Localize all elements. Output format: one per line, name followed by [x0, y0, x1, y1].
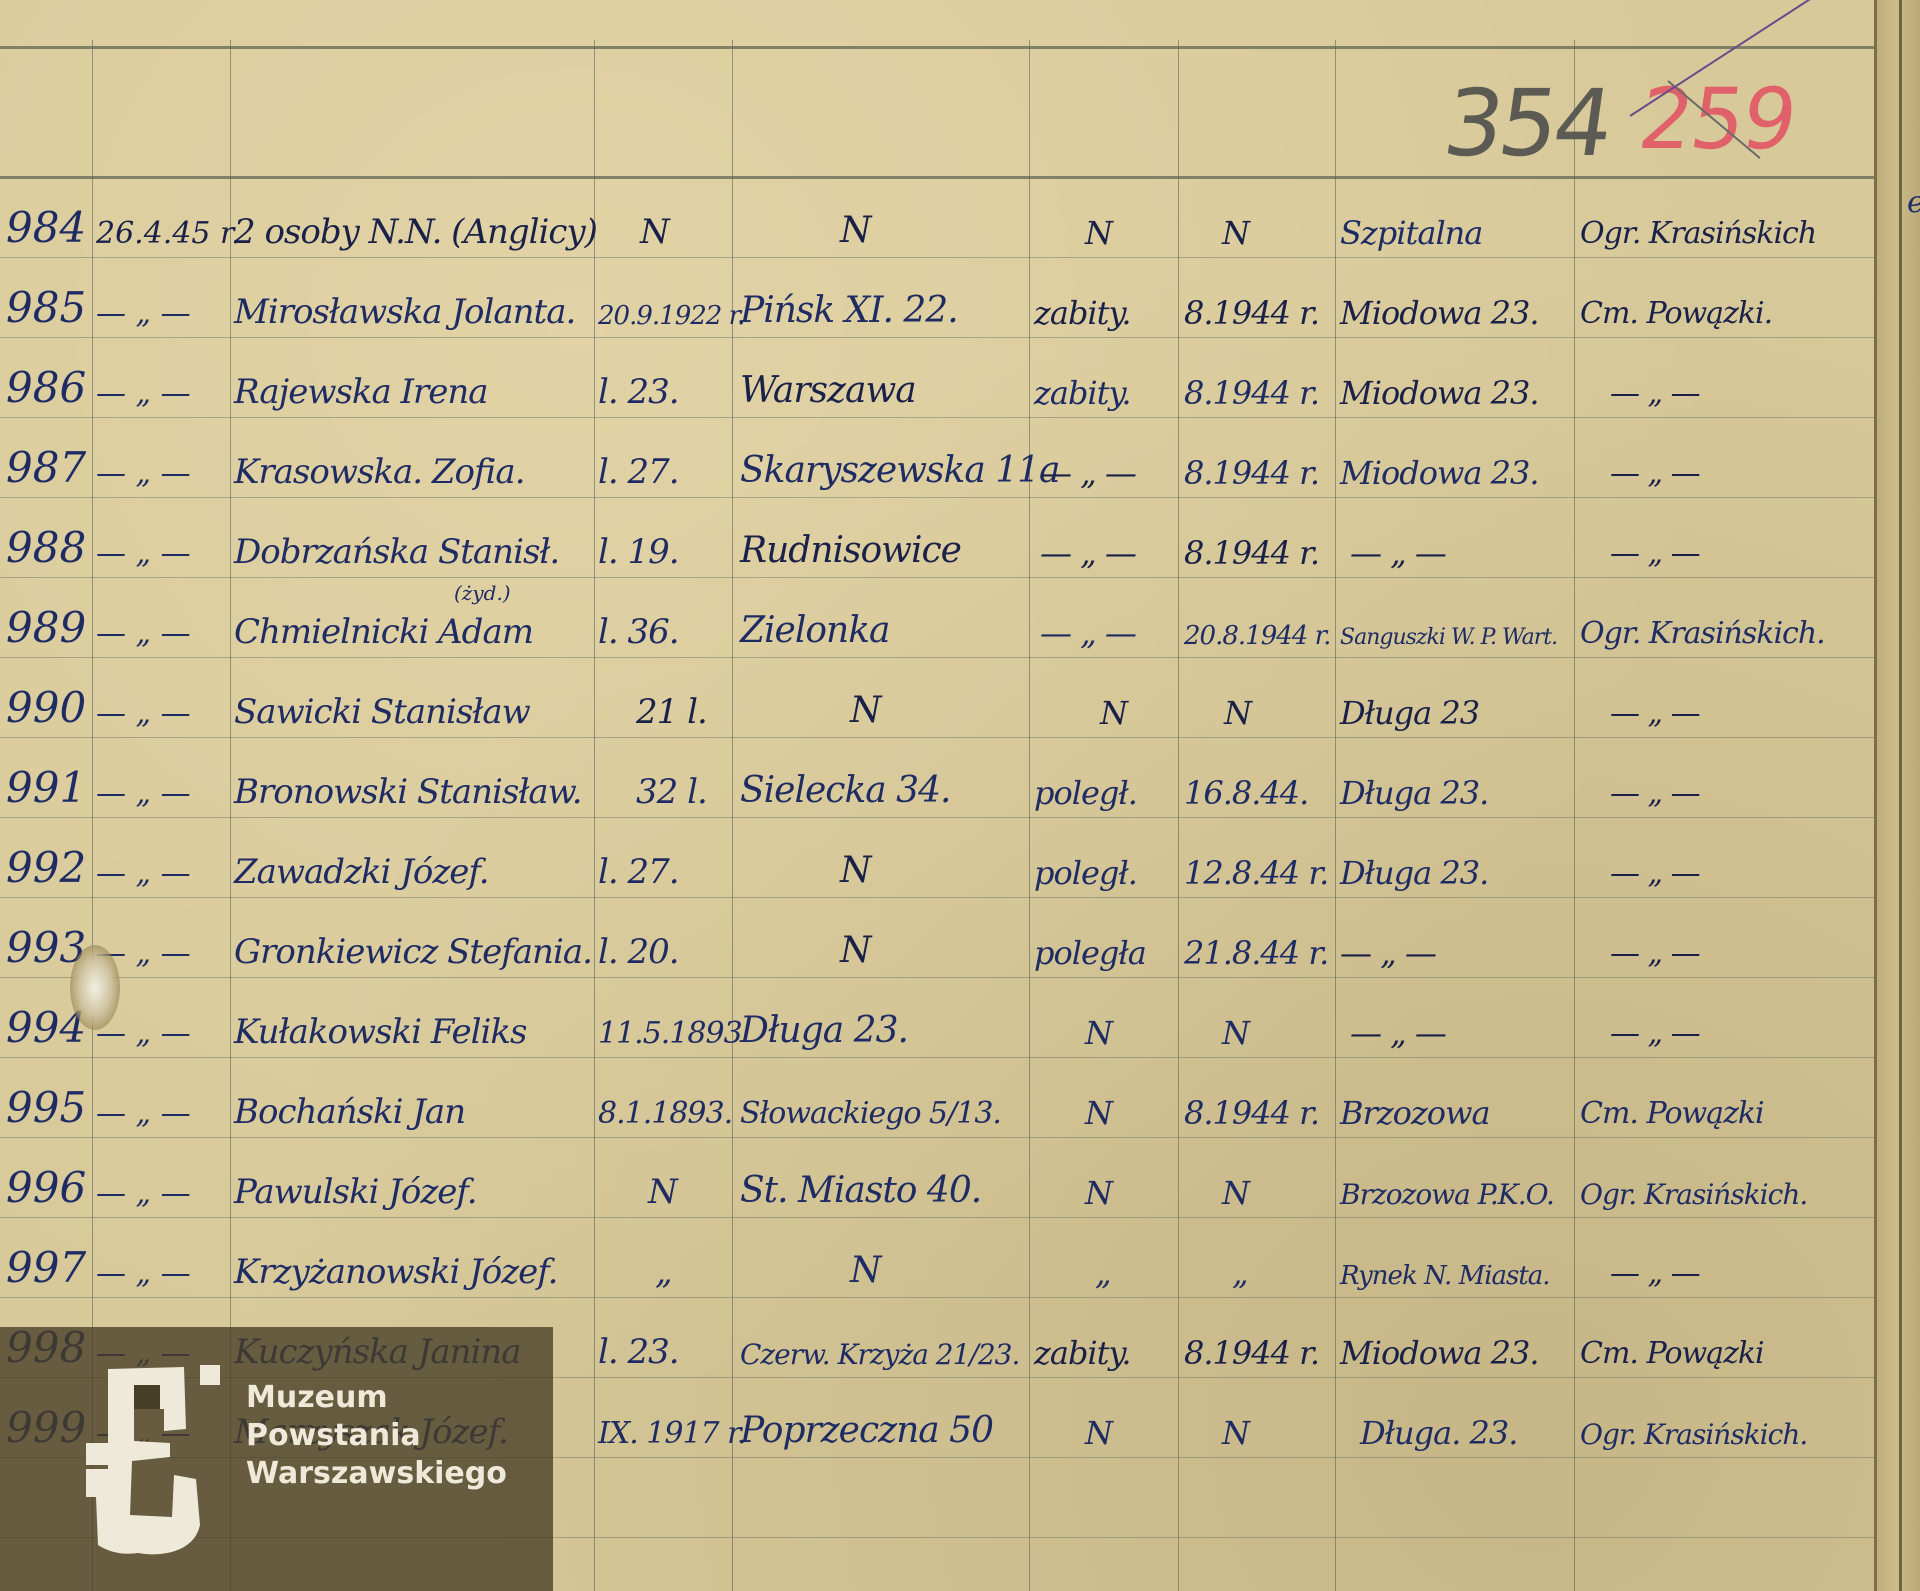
museum-name-line2: Powstania	[246, 1417, 507, 1455]
entry-date: — „ —	[96, 699, 191, 729]
entry-birth: l. 23.	[598, 1335, 679, 1369]
entry-birth: l. 23.	[598, 375, 679, 409]
entry-burial-place: — „ —	[1610, 779, 1700, 809]
entry-birth: l. 27.	[598, 455, 679, 489]
entry-cause: — „ —	[1040, 617, 1136, 649]
entry-name: Gronkiewicz Stefania.	[234, 935, 592, 969]
entry-address: St. Miasto 40.	[740, 1173, 981, 1209]
entry-place: Długa 23.	[1340, 777, 1488, 809]
entry-name: Pawulski Józef.	[234, 1175, 477, 1209]
entry-burial-place: Cm. Powązki.	[1580, 299, 1772, 329]
entry-death-date: N	[1222, 1017, 1249, 1049]
entry-birth: 21 l.	[636, 695, 707, 729]
entry-address: Zielonka	[740, 613, 889, 649]
entry-address: N	[840, 853, 871, 889]
entry-cause: zabity.	[1034, 297, 1131, 329]
entry-place: Długa. 23.	[1360, 1417, 1517, 1449]
entry-name: Krasowska. Zofia.	[234, 455, 525, 489]
museum-name-line1: Muzeum	[246, 1379, 507, 1417]
entry-death-date: 20.8.1944 r.	[1184, 623, 1330, 649]
entry-burial-place: Ogr. Krasińskich	[1580, 219, 1816, 249]
entry-burial-place: Cm. Powązki	[1580, 1099, 1764, 1129]
entry-place: Brzozowa P.K.O.	[1340, 1181, 1554, 1209]
entry-date: — „ —	[96, 1019, 191, 1049]
register-row: 994 — „ — Kułakowski Feliks 11.5.1893 Dł…	[0, 977, 1874, 1057]
entry-number: 985	[6, 287, 86, 329]
entry-place: Długa 23.	[1340, 857, 1488, 889]
entry-place: Miodowa 23.	[1340, 1337, 1539, 1369]
entry-address: Czerw. Krzyża 21/23.	[740, 1341, 1019, 1369]
register-row: 985 — „ — Mirosławska Jolanta. 20.9.1922…	[0, 257, 1874, 337]
entry-date: — „ —	[96, 619, 191, 649]
entry-address: Sielecka 34.	[740, 773, 950, 809]
top-rule	[0, 46, 1874, 49]
entry-date: — „ —	[96, 859, 191, 889]
entry-place: Miodowa 23.	[1340, 297, 1539, 329]
entry-name: Chmielnicki Adam	[234, 615, 533, 649]
entry-birth: 20.9.1922 r.	[598, 303, 744, 329]
entry-birth: 8.1.1893.	[598, 1099, 732, 1129]
entry-address: Warszawa	[740, 373, 916, 409]
entry-death-date: 8.1944 r.	[1184, 377, 1319, 409]
entry-place: Długa 23	[1340, 697, 1479, 729]
entry-place: Szpitalna	[1340, 217, 1482, 249]
entry-address: N	[840, 933, 871, 969]
entry-death-date: 16.8.44.	[1184, 777, 1308, 809]
entry-number: 996	[6, 1167, 86, 1209]
register-row: 990 — „ — Sawicki Stanisław 21 l. N N N …	[0, 657, 1874, 737]
entry-name: Dobrzańska Stanisł.	[234, 535, 559, 569]
entry-death-date: N	[1222, 217, 1249, 249]
entry-birth: l. 19.	[598, 535, 679, 569]
register-row: 988 — „ — Dobrzańska Stanisł. l. 19. Rud…	[0, 497, 1874, 577]
margin-mark: e	[1907, 185, 1920, 220]
entry-cause: zabity.	[1034, 1337, 1131, 1369]
entry-address: N	[850, 1253, 881, 1289]
entry-cause: poległ.	[1034, 857, 1137, 889]
entry-place: — „ —	[1340, 937, 1436, 969]
register-row: 992 — „ — Zawadzki Józef. l. 27. N poleg…	[0, 817, 1874, 897]
entry-date: — „ —	[96, 1099, 191, 1129]
entry-death-date: 8.1944 r.	[1184, 297, 1319, 329]
entry-date: 26.4.45 r.	[96, 219, 241, 249]
entry-number: 992	[6, 847, 86, 889]
entry-place: Rynek N. Miasta.	[1340, 1263, 1550, 1289]
register-row: 987 — „ — Krasowska. Zofia. l. 27. Skary…	[0, 417, 1874, 497]
entry-death-date: 8.1944 r.	[1184, 457, 1319, 489]
entry-cause: poległ.	[1034, 777, 1137, 809]
entry-death-date: 8.1944 r.	[1184, 1097, 1319, 1129]
edge-line	[1899, 0, 1902, 1591]
entry-place: Miodowa 23.	[1340, 377, 1539, 409]
entry-burial-place: Cm. Powązki	[1580, 1339, 1764, 1369]
entry-cause: poległa	[1034, 937, 1146, 969]
entry-birth: „	[655, 1255, 672, 1289]
entry-number: 997	[6, 1247, 86, 1289]
museum-name: Muzeum Powstania Warszawskiego	[246, 1379, 507, 1493]
entry-birth: 11.5.1893	[598, 1019, 742, 1049]
entry-burial-place: — „ —	[1610, 459, 1700, 489]
entry-burial-place: Ogr. Krasińskich.	[1580, 1181, 1807, 1209]
museum-name-line3: Warszawskiego	[246, 1455, 507, 1493]
entry-name: 2 osoby N.N. (Anglicy)	[234, 215, 597, 249]
paper-hole-stain	[70, 945, 120, 1030]
entry-address: Poprzeczna 50	[740, 1413, 993, 1449]
register-row: 984 26.4.45 r. 2 osoby N.N. (Anglicy) N …	[0, 177, 1874, 257]
entry-cause: „	[1095, 1257, 1111, 1289]
entry-name: Bronowski Stanisław.	[234, 775, 582, 809]
entry-number: 995	[6, 1087, 86, 1129]
entry-burial-place: — „ —	[1610, 379, 1700, 409]
entry-number: 984	[6, 207, 86, 249]
entry-burial-place: — „ —	[1610, 1259, 1700, 1289]
entry-cause: N	[1085, 1417, 1112, 1449]
page-number: 354	[1437, 70, 1616, 177]
entry-date: — „ —	[96, 459, 191, 489]
entry-name: Mirosławska Jolanta.	[234, 295, 575, 329]
entry-place: — „ —	[1350, 1017, 1446, 1049]
entry-name: Bochański Jan	[234, 1095, 465, 1129]
name-annotation: (żyd.)	[454, 581, 511, 605]
entry-date: — „ —	[96, 299, 191, 329]
entry-burial-place: Ogr. Krasińskich.	[1580, 619, 1825, 649]
entry-name: Rajewska Irena	[234, 375, 488, 409]
entry-number: 987	[6, 447, 86, 489]
entry-cause: N	[1085, 217, 1112, 249]
entry-address: Skaryszewska 11a	[740, 453, 1060, 489]
entry-address: Pińsk XI. 22.	[740, 293, 958, 329]
register-row: 996 — „ — Pawulski Józef. N St. Miasto 4…	[0, 1137, 1874, 1217]
entry-place: Sanguszki W. P. Wart.	[1340, 627, 1557, 649]
entry-place: Miodowa 23.	[1340, 457, 1539, 489]
kotwica-anchor-logo-icon	[72, 1357, 222, 1567]
crossed-out-page-number: 259	[1633, 70, 1801, 168]
entry-number: 990	[6, 687, 86, 729]
entry-burial-place: — „ —	[1610, 699, 1700, 729]
entry-number: 989	[6, 607, 86, 649]
entry-name: Kułakowski Feliks	[234, 1015, 526, 1049]
entry-address: N	[840, 213, 871, 249]
entry-birth: N	[648, 1175, 677, 1209]
entry-death-date: N	[1224, 697, 1251, 729]
entry-burial-place: — „ —	[1610, 539, 1700, 569]
entry-death-date: 8.1944 r.	[1184, 537, 1319, 569]
entry-birth: 32 l.	[636, 775, 707, 809]
entry-burial-place: Ogr. Krasińskich.	[1580, 1421, 1807, 1449]
entry-date: — „ —	[96, 1179, 191, 1209]
register-row: 995 — „ — Bochański Jan 8.1.1893. Słowac…	[0, 1057, 1874, 1137]
register-row: 993 — „ — Gronkiewicz Stefania. l. 20. N…	[0, 897, 1874, 977]
entry-cause: zabity.	[1034, 377, 1131, 409]
entry-name: Sawicki Stanisław	[234, 695, 530, 729]
register-row: 991 — „ — Bronowski Stanisław. 32 l. Sie…	[0, 737, 1874, 817]
entry-birth: N	[640, 215, 669, 249]
entry-burial-place: — „ —	[1610, 1019, 1700, 1049]
entry-birth: l. 20.	[598, 935, 679, 969]
entry-date: — „ —	[96, 779, 191, 809]
entry-cause: N	[1085, 1097, 1112, 1129]
entry-number: 991	[6, 767, 86, 809]
entry-birth: l. 36.	[598, 615, 679, 649]
entry-cause: — „ —	[1040, 537, 1136, 569]
entry-cause: — „ —	[1040, 457, 1136, 489]
entry-death-date: „	[1232, 1257, 1248, 1289]
entry-cause: N	[1100, 697, 1127, 729]
entry-death-date: 8.1944 r.	[1184, 1337, 1319, 1369]
entry-place: Brzozowa	[1340, 1097, 1490, 1129]
register-row: 989 — „ — (żyd.) Chmielnicki Adam l. 36.…	[0, 577, 1874, 657]
entry-death-date: 12.8.44 r.	[1184, 857, 1328, 889]
entry-birth: IX. 1917 r.	[598, 1419, 746, 1449]
entry-burial-place: — „ —	[1610, 859, 1700, 889]
entry-death-date: N	[1222, 1177, 1249, 1209]
entry-number: 986	[6, 367, 86, 409]
entry-cause: N	[1085, 1017, 1112, 1049]
entry-birth: l. 27.	[598, 855, 679, 889]
entry-address: Słowackiego 5/13.	[740, 1099, 1001, 1129]
register-row: 986 — „ — Rajewska Irena l. 23. Warszawa…	[0, 337, 1874, 417]
entry-address: Długa 23.	[740, 1013, 908, 1049]
entry-name: Krzyżanowski Józef.	[234, 1255, 557, 1289]
entry-place: — „ —	[1350, 537, 1446, 569]
entry-death-date: 21.8.44 r.	[1184, 937, 1328, 969]
entry-death-date: N	[1222, 1417, 1249, 1449]
page-edge: e	[1874, 0, 1920, 1591]
museum-watermark: Muzeum Powstania Warszawskiego	[0, 1327, 553, 1591]
entry-cause: N	[1085, 1177, 1112, 1209]
entry-address: Rudnisowice	[740, 533, 961, 569]
entry-address: N	[850, 693, 881, 729]
entry-date: — „ —	[96, 379, 191, 409]
entry-number: 988	[6, 527, 86, 569]
entry-date: — „ —	[96, 1259, 191, 1289]
entry-name: Zawadzki Józef.	[234, 855, 489, 889]
entry-date: — „ —	[96, 539, 191, 569]
entry-burial-place: — „ —	[1610, 939, 1700, 969]
register-row: 997 — „ — Krzyżanowski Józef. „ N „ „ Ry…	[0, 1217, 1874, 1297]
